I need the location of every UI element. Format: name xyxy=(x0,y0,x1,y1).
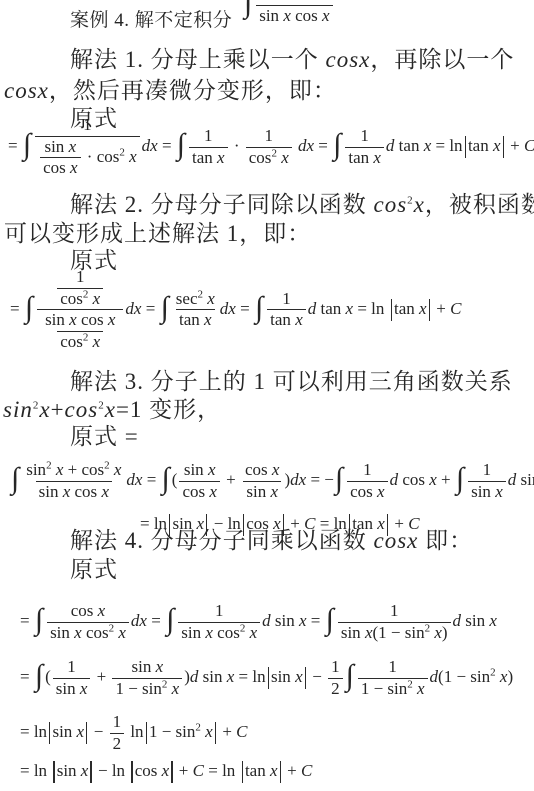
solution4-formula-line1: = ∫cos xsin x cos2 xdx = ∫1sin x cos2 xd… xyxy=(20,601,497,643)
solution2-text-line2: 可以变形成上述解法 1，即： xyxy=(4,220,311,249)
solution2-formula: = ∫1cos2 xsin x cos xcos2 xdx = ∫sec2 xt… xyxy=(10,267,461,353)
case-title-formula: ∫dxsin x cos x xyxy=(243,0,335,26)
solution4-formula-line4: = ln sin x − ln cos x + C = ln tan x + C xyxy=(20,761,312,783)
original-expression-label-4: 原式 xyxy=(70,556,118,585)
case-title: 案例 4. 解不定积分 xyxy=(70,10,232,33)
document-page: { "page": { "background": "#ffffff", "te… xyxy=(0,0,534,791)
solution1-text-line2: cosx，然后再凑微分变形，即： xyxy=(4,77,337,106)
original-expression-label-3: 原式 = xyxy=(70,423,139,452)
solution1-text-line1: 解法 1. 分母上乘以一个 cosx，再除以一个 xyxy=(70,46,514,75)
solution2-text-line1: 解法 2. 分母分子同除以函数 cos2x，被积函数也 xyxy=(70,191,534,220)
solution3-text-line2: sin2x+cos2x=1 变形， xyxy=(3,396,221,425)
solution4-text-line1: 解法 4. 分母分子同乘以函数 cosx 即： xyxy=(70,527,473,556)
solution3-formula: ∫sin2 x + cos2 xsin x cos xdx = ∫(sin xc… xyxy=(10,460,534,502)
solution4-formula-line3: = lnsin x − 12 ln1 − sin2 x + C xyxy=(20,712,248,754)
solution1-formula: = ∫1sin xcos x · cos2 xdx = ∫1tan x · 1c… xyxy=(8,115,534,179)
solution4-formula-line2: = ∫(1sin x + sin x1 − sin2 x)d sin x = l… xyxy=(20,657,513,699)
solution3-text-line1: 解法 3. 分子上的 1 可以利用三角函数关系 xyxy=(70,368,513,397)
